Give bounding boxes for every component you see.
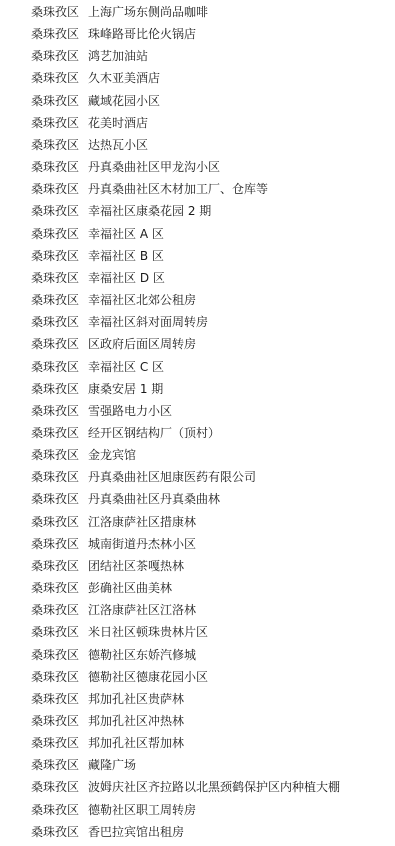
list-item: 桑珠孜区 藏域花园小区 bbox=[0, 90, 395, 112]
place-label: 彭确社区曲美林 bbox=[88, 577, 395, 599]
place-label: 藏隆广场 bbox=[88, 754, 395, 776]
place-label: 城南街道丹杰林小区 bbox=[88, 533, 395, 555]
district-label: 桑珠孜区 bbox=[0, 821, 88, 843]
place-label: 邦加孔社区帮加林 bbox=[88, 732, 395, 754]
list-item: 桑珠孜区 幸福社区北郊公租房 bbox=[0, 289, 395, 311]
district-label: 桑珠孜区 bbox=[0, 688, 88, 710]
list-item: 桑珠孜区 经开区钢结构厂（顶村） bbox=[0, 422, 395, 444]
district-label: 桑珠孜区 bbox=[0, 511, 88, 533]
district-label: 桑珠孜区 bbox=[0, 776, 88, 798]
place-label: 江洛康萨社区江洛林 bbox=[88, 599, 395, 621]
district-label: 桑珠孜区 bbox=[0, 555, 88, 577]
list-item: 桑珠孜区 波姆庆社区齐拉路以北黑颈鹤保护区内种植大棚 bbox=[0, 776, 395, 798]
district-label: 桑珠孜区 bbox=[0, 488, 88, 510]
list-item: 桑珠孜区 邦加孔社区冲热林 bbox=[0, 710, 395, 732]
place-label: 幸福社区 B 区 bbox=[88, 245, 395, 267]
district-label: 桑珠孜区 bbox=[0, 400, 88, 422]
list-item: 桑珠孜区 德勒社区职工周转房 bbox=[0, 799, 395, 821]
place-label: 雪强路电力小区 bbox=[88, 400, 395, 422]
place-label: 达热瓦小区 bbox=[88, 134, 395, 156]
list-item: 桑珠孜区 花美时酒店 bbox=[0, 112, 395, 134]
place-label: 藏域花园小区 bbox=[88, 90, 395, 112]
district-label: 桑珠孜区 bbox=[0, 178, 88, 200]
district-label: 桑珠孜区 bbox=[0, 333, 88, 355]
list-item: 桑珠孜区 丹真桑曲社区甲龙沟小区 bbox=[0, 156, 395, 178]
place-label: 香巴拉宾馆出租房 bbox=[88, 821, 395, 843]
list-item: 桑珠孜区 德勒社区东娇汽修城 bbox=[0, 644, 395, 666]
place-label: 珠峰路哥比伦火锅店 bbox=[88, 23, 395, 45]
district-label: 桑珠孜区 bbox=[0, 356, 88, 378]
district-label: 桑珠孜区 bbox=[0, 245, 88, 267]
list-item: 桑珠孜区 江洛康萨社区江洛林 bbox=[0, 599, 395, 621]
district-label: 桑珠孜区 bbox=[0, 754, 88, 776]
list-item: 桑珠孜区 彭确社区曲美林 bbox=[0, 577, 395, 599]
place-label: 经开区钢结构厂（顶村） bbox=[88, 422, 395, 444]
list-item: 桑珠孜区 幸福社区 C 区 bbox=[0, 356, 395, 378]
place-label: 幸福社区北郊公租房 bbox=[88, 289, 395, 311]
place-label: 区政府后面区周转房 bbox=[88, 333, 395, 355]
place-label: 久木亚美酒店 bbox=[88, 67, 395, 89]
place-label: 幸福社区 D 区 bbox=[88, 267, 395, 289]
district-label: 桑珠孜区 bbox=[0, 466, 88, 488]
place-label: 幸福社区康桑花园 2 期 bbox=[88, 200, 395, 222]
list-item: 桑珠孜区 久木亚美酒店 bbox=[0, 67, 395, 89]
place-label: 幸福社区 A 区 bbox=[88, 223, 395, 245]
list-item: 桑珠孜区 邦加孔社区贵萨林 bbox=[0, 688, 395, 710]
list-item: 桑珠孜区 藏隆广场 bbox=[0, 754, 395, 776]
district-label: 桑珠孜区 bbox=[0, 200, 88, 222]
place-label: 丹真桑曲社区木材加工厂、仓库等 bbox=[88, 178, 395, 200]
district-label: 桑珠孜区 bbox=[0, 799, 88, 821]
district-label: 桑珠孜区 bbox=[0, 289, 88, 311]
district-label: 桑珠孜区 bbox=[0, 444, 88, 466]
list-item: 桑珠孜区 金龙宾馆 bbox=[0, 444, 395, 466]
list-item: 桑珠孜区 江洛康萨社区措康林 bbox=[0, 511, 395, 533]
district-label: 桑珠孜区 bbox=[0, 45, 88, 67]
list-item: 桑珠孜区 邦加孔社区帮加林 bbox=[0, 732, 395, 754]
district-label: 桑珠孜区 bbox=[0, 67, 88, 89]
list-item: 桑珠孜区 幸福社区斜对面周转房 bbox=[0, 311, 395, 333]
place-label: 上海广场东侧尚品咖啡 bbox=[88, 1, 395, 23]
district-label: 桑珠孜区 bbox=[0, 732, 88, 754]
place-label: 丹真桑曲社区丹真桑曲林 bbox=[88, 488, 395, 510]
place-label: 邦加孔社区贵萨林 bbox=[88, 688, 395, 710]
district-label: 桑珠孜区 bbox=[0, 23, 88, 45]
district-label: 桑珠孜区 bbox=[0, 577, 88, 599]
list-item: 桑珠孜区 香巴拉宾馆出租房 bbox=[0, 821, 395, 843]
district-label: 桑珠孜区 bbox=[0, 378, 88, 400]
place-label: 德勒社区职工周转房 bbox=[88, 799, 395, 821]
place-label: 米日社区顿珠贵林片区 bbox=[88, 621, 395, 643]
district-label: 桑珠孜区 bbox=[0, 710, 88, 732]
list-item: 桑珠孜区 丹真桑曲社区丹真桑曲林 bbox=[0, 488, 395, 510]
place-label: 德勒社区东娇汽修城 bbox=[88, 644, 395, 666]
list-item: 桑珠孜区 雪强路电力小区 bbox=[0, 400, 395, 422]
list-item: 桑珠孜区 团结社区茶嘎热林 bbox=[0, 555, 395, 577]
place-label: 德勒社区德康花园小区 bbox=[88, 666, 395, 688]
place-label: 江洛康萨社区措康林 bbox=[88, 511, 395, 533]
place-label: 波姆庆社区齐拉路以北黑颈鹤保护区内种植大棚 bbox=[88, 776, 395, 798]
district-label: 桑珠孜区 bbox=[0, 533, 88, 555]
district-label: 桑珠孜区 bbox=[0, 621, 88, 643]
place-label: 金龙宾馆 bbox=[88, 444, 395, 466]
list-item: 桑珠孜区 达热瓦小区 bbox=[0, 134, 395, 156]
list-item: 桑珠孜区 城南街道丹杰林小区 bbox=[0, 533, 395, 555]
list-item: 桑珠孜区 幸福社区康桑花园 2 期 bbox=[0, 200, 395, 222]
district-label: 桑珠孜区 bbox=[0, 1, 88, 23]
district-label: 桑珠孜区 bbox=[0, 599, 88, 621]
district-label: 桑珠孜区 bbox=[0, 156, 88, 178]
list-item: 桑珠孜区 区政府后面区周转房 bbox=[0, 333, 395, 355]
place-label: 幸福社区斜对面周转房 bbox=[88, 311, 395, 333]
place-label: 鸿艺加油站 bbox=[88, 45, 395, 67]
district-label: 桑珠孜区 bbox=[0, 666, 88, 688]
place-label: 花美时酒店 bbox=[88, 112, 395, 134]
district-label: 桑珠孜区 bbox=[0, 311, 88, 333]
place-label: 丹真桑曲社区甲龙沟小区 bbox=[88, 156, 395, 178]
place-label: 团结社区茶嘎热林 bbox=[88, 555, 395, 577]
list-item: 桑珠孜区 幸福社区 D 区 bbox=[0, 267, 395, 289]
list-item: 桑珠孜区 上海广场东侧尚品咖啡 bbox=[0, 1, 395, 23]
place-label: 康桑安居 1 期 bbox=[88, 378, 395, 400]
district-label: 桑珠孜区 bbox=[0, 223, 88, 245]
list-item: 桑珠孜区 鸿艺加油站 bbox=[0, 45, 395, 67]
place-label: 幸福社区 C 区 bbox=[88, 356, 395, 378]
district-label: 桑珠孜区 bbox=[0, 644, 88, 666]
list-item: 桑珠孜区 幸福社区 B 区 bbox=[0, 245, 395, 267]
list-item: 桑珠孜区 丹真桑曲社区旭康医药有限公司 bbox=[0, 466, 395, 488]
location-list: 桑珠孜区 上海广场东侧尚品咖啡 桑珠孜区 珠峰路哥比伦火锅店 桑珠孜区 鸿艺加油… bbox=[0, 0, 395, 843]
list-item: 桑珠孜区 幸福社区 A 区 bbox=[0, 223, 395, 245]
list-item: 桑珠孜区 米日社区顿珠贵林片区 bbox=[0, 621, 395, 643]
place-label: 邦加孔社区冲热林 bbox=[88, 710, 395, 732]
list-item: 桑珠孜区 珠峰路哥比伦火锅店 bbox=[0, 23, 395, 45]
district-label: 桑珠孜区 bbox=[0, 267, 88, 289]
list-item: 桑珠孜区 康桑安居 1 期 bbox=[0, 378, 395, 400]
district-label: 桑珠孜区 bbox=[0, 112, 88, 134]
district-label: 桑珠孜区 bbox=[0, 134, 88, 156]
district-label: 桑珠孜区 bbox=[0, 422, 88, 444]
list-item: 桑珠孜区 德勒社区德康花园小区 bbox=[0, 666, 395, 688]
place-label: 丹真桑曲社区旭康医药有限公司 bbox=[88, 466, 395, 488]
district-label: 桑珠孜区 bbox=[0, 90, 88, 112]
list-item: 桑珠孜区 丹真桑曲社区木材加工厂、仓库等 bbox=[0, 178, 395, 200]
